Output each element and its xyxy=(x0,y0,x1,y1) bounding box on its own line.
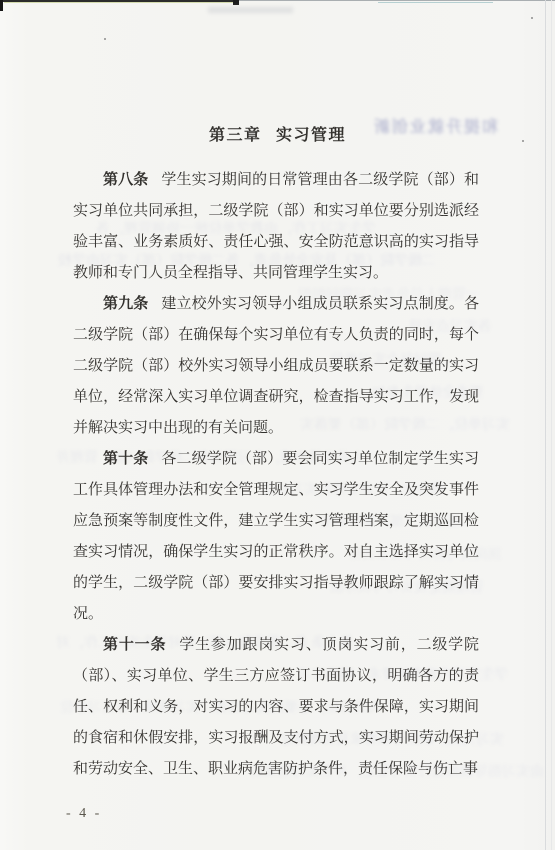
scan-top-edge-teal xyxy=(378,2,493,3)
scan-notch-mark xyxy=(233,0,239,5)
scan-top-edge-light xyxy=(238,0,555,1)
scan-speckle xyxy=(104,38,106,40)
chapter-title: 第三章 实习管理 xyxy=(0,122,555,145)
scan-corner-mark xyxy=(0,0,3,11)
article-text: 学生参加跟岗实习、顶岗实习前，二级学院（部）、实习单位、学生三方应签订书面协议，… xyxy=(73,637,479,777)
article-label: 第十条 xyxy=(103,451,148,467)
page-number: - 4 - xyxy=(66,806,102,822)
article-label: 第十一条 xyxy=(103,637,166,653)
articles: 第八条学生实习期间的日常管理由各二级学院（部）和实习单位共同承担，二级学院（部）… xyxy=(73,165,479,785)
scan-speckle xyxy=(531,17,533,19)
article-paragraph: 第十条各二级学院（部）要会同实习单位制定学生实习工作具体管理办法和安全管理规定、… xyxy=(73,444,479,630)
scan-top-edge-tint xyxy=(4,2,236,3)
article-text: 各二级学院（部）要会同实习单位制定学生实习工作具体管理办法和安全管理规定、实习学… xyxy=(73,451,479,622)
article-paragraph: 第八条学生实习期间的日常管理由各二级学院（部）和实习单位共同承担，二级学院（部）… xyxy=(73,165,479,289)
article-paragraph: 第十一条学生参加跟岗实习、顶岗实习前，二级学院（部）、实习单位、学生三方应签订书… xyxy=(73,630,479,785)
article-label: 第九条 xyxy=(103,296,148,312)
scanned-document-page: 和提升就业创新学生实习工作，由教学单位统一协调管理，各二级学院（部）及安全处负责… xyxy=(0,0,555,850)
article-label: 第八条 xyxy=(103,172,148,188)
scan-speckle xyxy=(522,140,524,142)
scan-top-smudge xyxy=(208,7,293,13)
article-paragraph: 第九条建立校外实习领导小组成员联系实习点制度。各二级学院（部）在确保每个实习单位… xyxy=(73,289,479,444)
article-text: 学生实习期间的日常管理由各二级学院（部）和实习单位共同承担，二级学院（部）和实习… xyxy=(73,172,479,281)
article-text: 建立校外实习领导小组成员联系实习点制度。各二级学院（部）在确保每个实习单位有专人… xyxy=(73,296,479,436)
